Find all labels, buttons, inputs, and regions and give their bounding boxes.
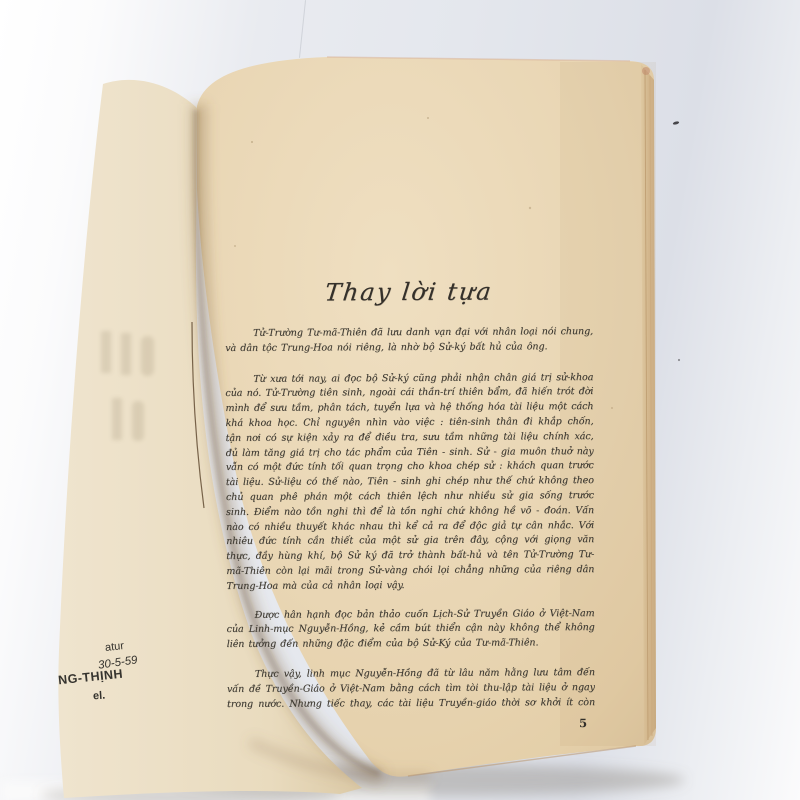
text-line: Tử-Trường Tư-mã-Thiên đã lưu danh vạn đạ… <box>225 325 593 342</box>
page-number: 5 <box>227 716 595 732</box>
paper-fleck <box>234 245 236 247</box>
paper-fleck <box>529 207 531 209</box>
text-line: tận nơi có sự kiện xảy ra để điều tra, s… <box>226 430 594 447</box>
paragraph: Tử-Trường Tư-mã-Thiên đã lưu danh vạn đạ… <box>225 325 593 357</box>
stamp-line: el. <box>93 690 106 703</box>
paragraph: Thực vậy, linh mục Nguyễn-Hồng đã từ lâu… <box>227 666 595 712</box>
text-line: chủ quan phê phán một cách thiên lệch nh… <box>226 489 594 506</box>
text-line: sinh. Điểm nào tồn nghi thì để là tồn ng… <box>226 504 594 521</box>
text-line: Thực vậy, linh mục Nguyễn-Hồng đã từ lâu… <box>227 666 595 683</box>
text-line: trong nước. Nhưng tiếc thay, các tài liệ… <box>227 696 595 713</box>
paragraph: Từ xưa tới nay, ai đọc bộ Sử-ký cũng phả… <box>225 371 594 595</box>
text-line: mã-Thiên còn lại mãi trong Sử-vàng chói … <box>226 563 594 580</box>
page-text: Thay lời tựa Tử-Trường Tư-mã-Thiên đã lư… <box>225 275 595 732</box>
text-line: và dân tộc Trung-Hoa nói riêng, là nhờ b… <box>225 340 593 357</box>
text-line: khá khoa học. Chỉ nguyên nhìn vào việc :… <box>226 415 594 432</box>
paper-fleck <box>251 141 253 143</box>
text-line: vấn đề Truyền-Giáo ở Việt-Nam bằng cách … <box>227 681 595 698</box>
stamp-line: atur <box>104 640 124 654</box>
text-line: của Linh-mục Nguyễn-Hồng, kẻ cầm bút thi… <box>227 621 595 638</box>
speck <box>678 359 680 361</box>
body-paragraphs: Tử-Trường Tư-mã-Thiên đã lưu danh vạn đạ… <box>225 325 595 712</box>
paper-fleck <box>611 407 613 409</box>
text-line: liên tưởng đến những đặc điểm của bộ Sử-… <box>227 636 595 653</box>
paragraph: Được hân hạnh đọc bản thảo cuốn Lịch-Sử … <box>227 607 595 653</box>
page-title: Thay lời tựa <box>223 275 595 309</box>
text-line: Trung-Hoa mà của cả nhân loại vậy. <box>226 578 594 595</box>
speck <box>673 121 680 125</box>
book-photo: Thay lời tựa Tử-Trường Tư-mã-Thiên đã lư… <box>0 0 800 800</box>
paper-fleck <box>427 117 429 119</box>
